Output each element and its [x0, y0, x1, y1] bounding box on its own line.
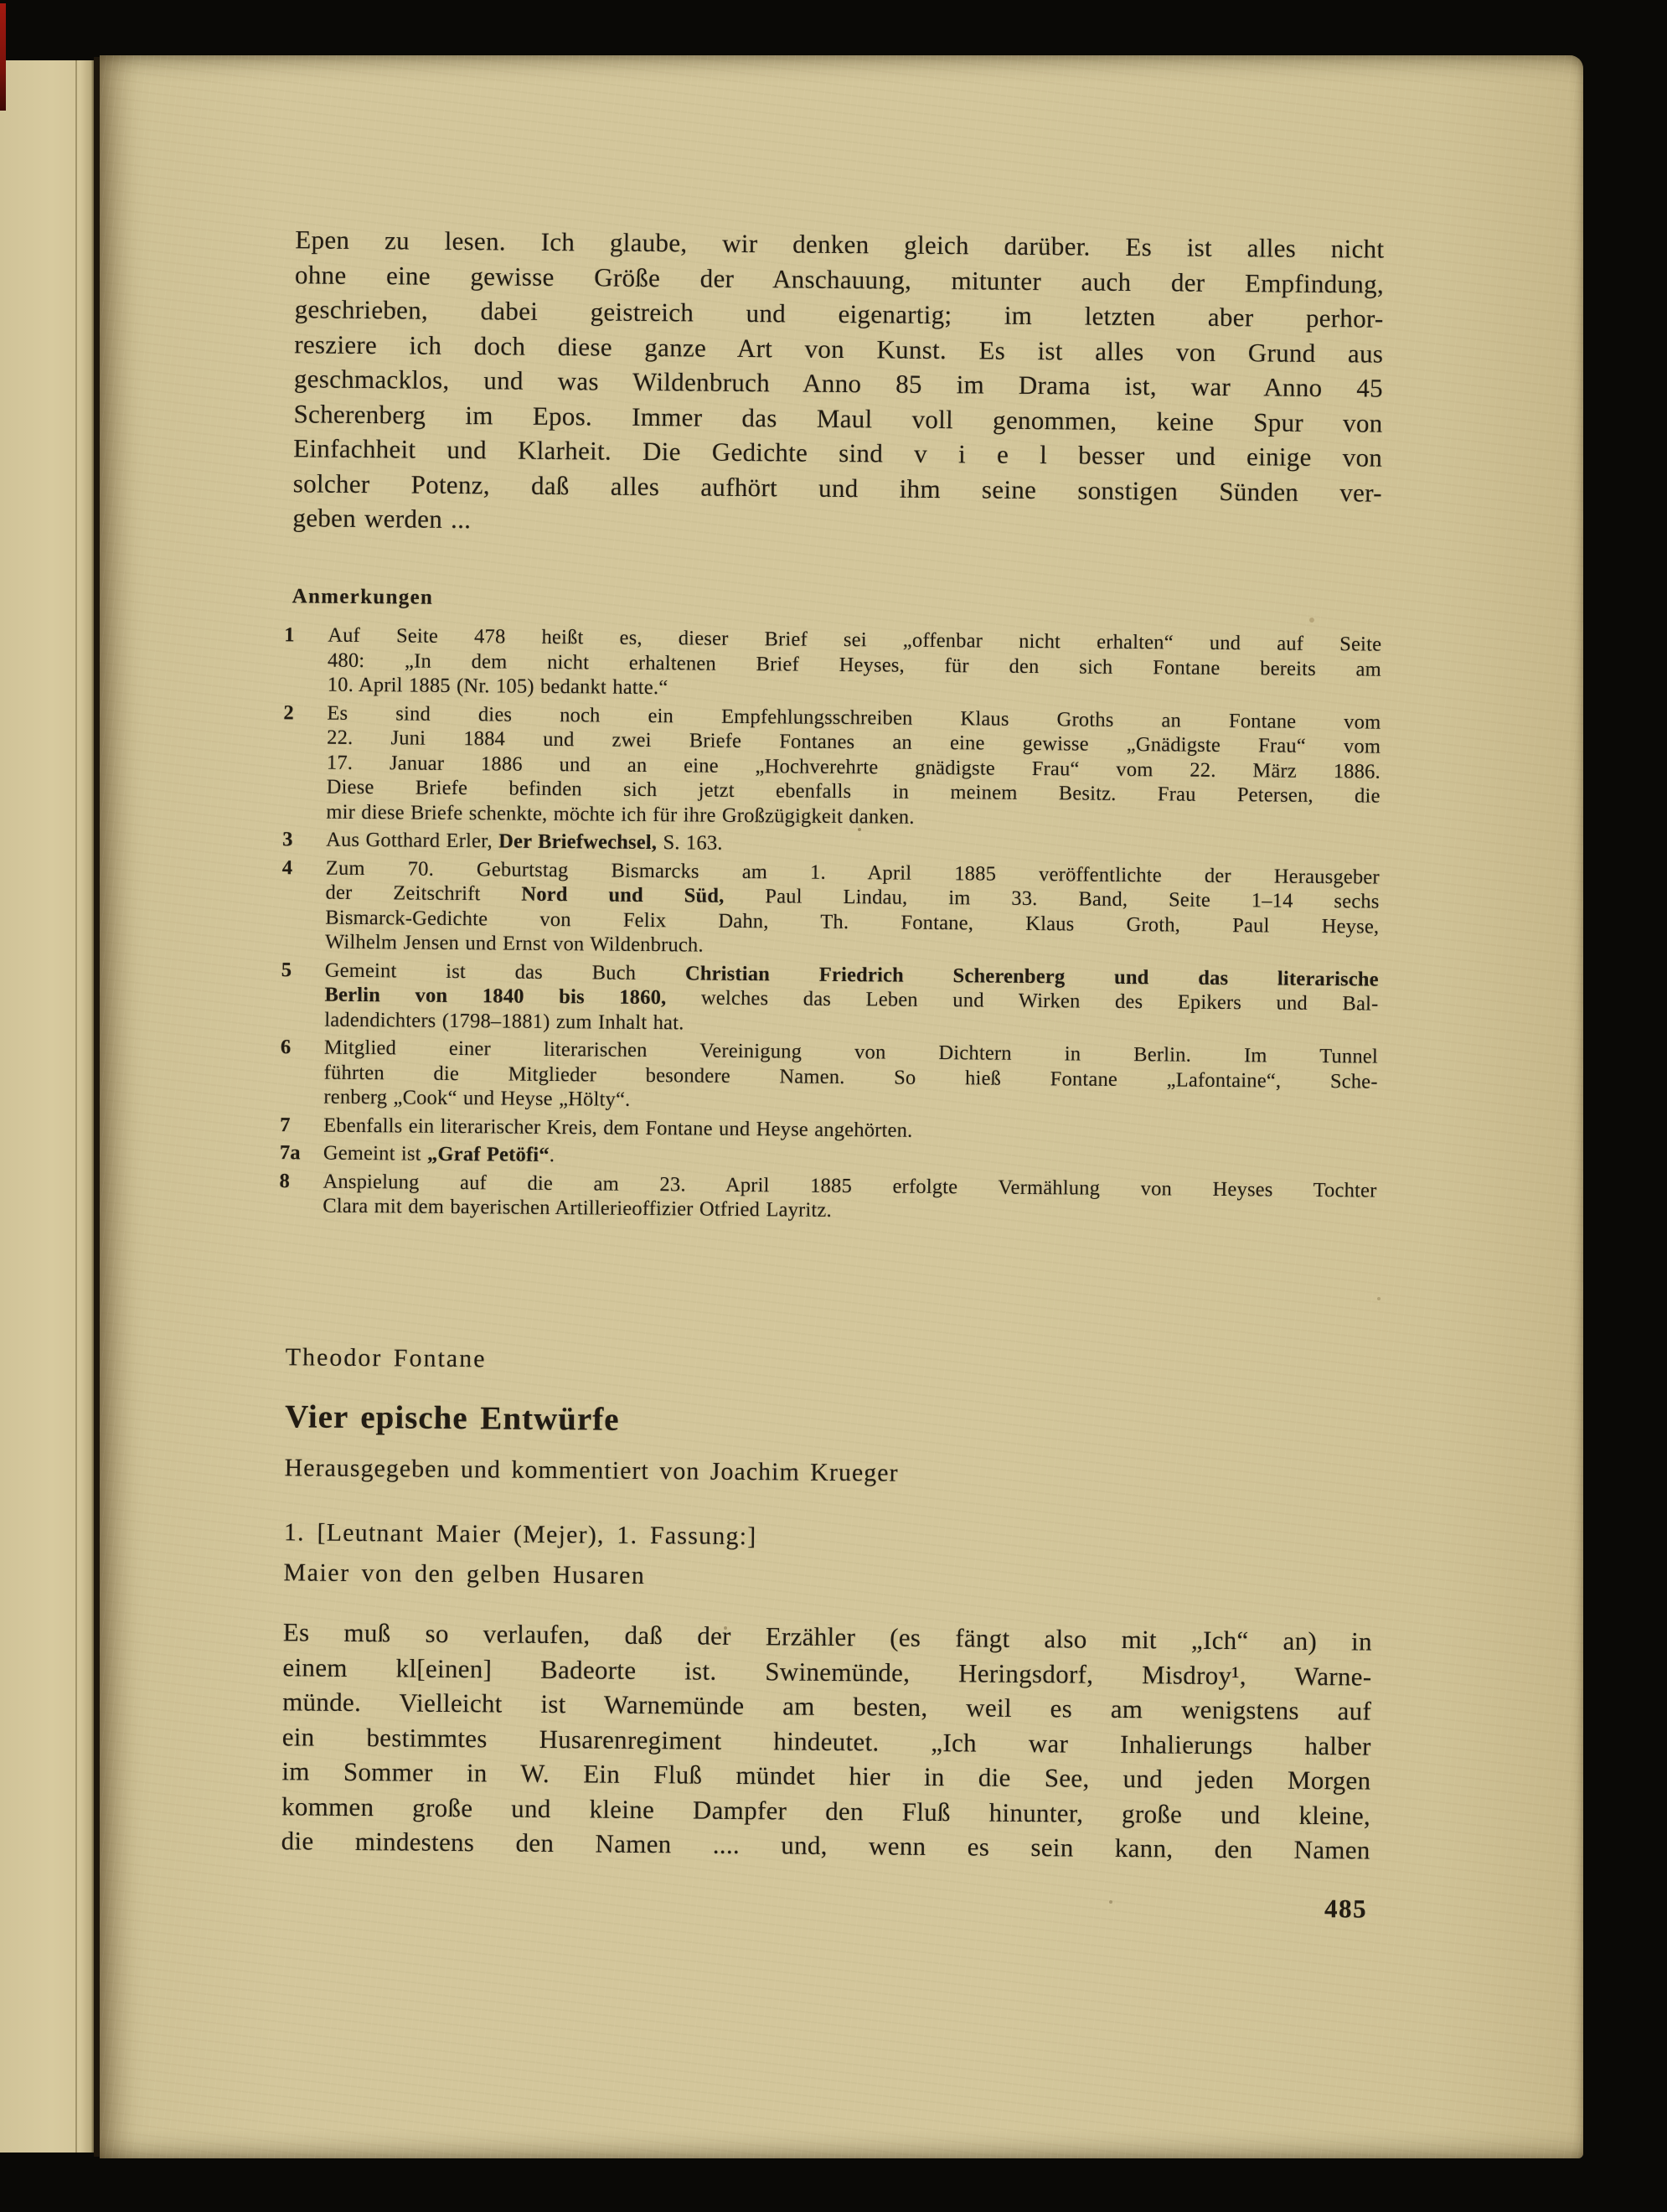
text-segment: . [550, 1144, 555, 1166]
bold-text-segment: Der Briefwechsel, [498, 829, 657, 854]
text-segment: ladendichters (1798–1881) zum Inhalt hat… [324, 1008, 684, 1034]
bold-text-segment: Nord und Süd, [521, 883, 724, 907]
footnote-text: Anspielung auf die am 23. April 1885 erf… [323, 1169, 1376, 1227]
footnote-text: Es sind dies noch ein Empfehlungsschreib… [326, 700, 1381, 833]
editor-subtitle: Herausgegeben und kommentiert von Joachi… [284, 1454, 898, 1487]
text-segment: Gemeint ist [323, 1142, 427, 1165]
footnote-text: Zum 70. Geburtstag Bismarcks am 1. April… [325, 855, 1380, 964]
footnote-item: 2Es sind dies noch ein Empfehlungsschrei… [282, 700, 1381, 834]
draft-section-heading: 1. [Leutnant Maier (Mejer), 1. Fassung:] [284, 1518, 757, 1551]
text-segment: Ebenfalls ein literarischer Kreis, dem F… [323, 1114, 912, 1141]
text-segment: mir diese Briefe schenkte, möchte ich fü… [326, 800, 914, 828]
page-content: Epen zu lesen. Ich glaube, wir denken gl… [82, 54, 1584, 2169]
text-segment: renberg „Cook“ und Heyse „Hölty“. [323, 1086, 630, 1111]
author-byline: Theodor Fontane [286, 1343, 487, 1373]
footnote-text: Auf Seite 478 heißt es, dieser Brief sei… [328, 623, 1382, 706]
footnote-number: 2 [282, 700, 327, 824]
footnote-number: 6 [280, 1035, 324, 1109]
footnote-number: 5 [281, 958, 325, 1032]
footnote-item: 5Gemeint ist das Buch Christian Friedric… [281, 958, 1379, 1041]
bold-text-segment: „Graf Petöfi“ [427, 1143, 550, 1166]
footnote-number: 1 [284, 623, 328, 697]
text-segment: Wilhelm Jensen und Ernst von Wildenbruch… [325, 931, 704, 957]
page-fold-crease [75, 60, 77, 2153]
spine-red-mark [0, 3, 6, 111]
text-segment: Aus Gotthard Erler, [326, 829, 498, 853]
book-page: Epen zu lesen. Ich glaube, wir denken gl… [100, 55, 1583, 2158]
footnote-number: 7a [280, 1140, 323, 1165]
footnote-text: Mitglied einer literarischen Vereinigung… [323, 1036, 1378, 1119]
text-segment: der Zeitschrift [325, 881, 521, 906]
draft-paragraph: Es muß so verlaufen, daß der Erzähler (e… [281, 1615, 1372, 1868]
footnote-number: 3 [282, 827, 326, 852]
footnote-number: 4 [281, 855, 326, 954]
footnote-item: 1Auf Seite 478 heißt es, dieser Brief se… [284, 623, 1382, 706]
previous-page-edge [0, 60, 94, 2153]
text-segment: 10. April 1885 (Nr. 105) bedankt hatte.“ [328, 674, 668, 700]
bold-text-segment: Berlin von 1840 bis 1860, [324, 984, 666, 1010]
footnotes-list: 1Auf Seite 478 heißt es, dieser Brief se… [279, 623, 1381, 1231]
footnote-text: Gemeint ist das Buch Christian Friedrich… [324, 958, 1379, 1041]
footnote-number: 7 [280, 1113, 323, 1138]
page-number: 485 [1324, 1894, 1367, 1924]
footnote-number: 8 [279, 1169, 323, 1218]
book-scan: Epen zu lesen. Ich glaube, wir denken gl… [0, 0, 1667, 2212]
text-segment: S. 163. [657, 831, 723, 855]
notes-heading: Anmerkungen [292, 585, 434, 609]
footnote-item: 4Zum 70. Geburtstag Bismarcks am 1. Apri… [281, 855, 1380, 964]
text-segment: Paul Lindau, im 33. Band, Seite 1–14 sec… [724, 885, 1379, 913]
footnote-item: 6Mitglied einer literarischen Vereinigun… [280, 1035, 1378, 1119]
text-segment: Clara mit dem bayerischen Artillerieoffi… [323, 1195, 832, 1222]
draft-subheading: Maier von den gelben Husaren [283, 1558, 645, 1590]
text-segment: welches das Leben und Wirken des Epikers… [666, 986, 1378, 1015]
footnote-item: 8Anspielung auf die am 23. April 1885 er… [279, 1169, 1376, 1227]
text-segment: Gemeint ist das Buch [325, 959, 685, 985]
article-title: Vier epische Entwürfe [285, 1398, 620, 1439]
quote-paragraph: Epen zu lesen. Ich glaube, wir denken gl… [292, 222, 1384, 545]
